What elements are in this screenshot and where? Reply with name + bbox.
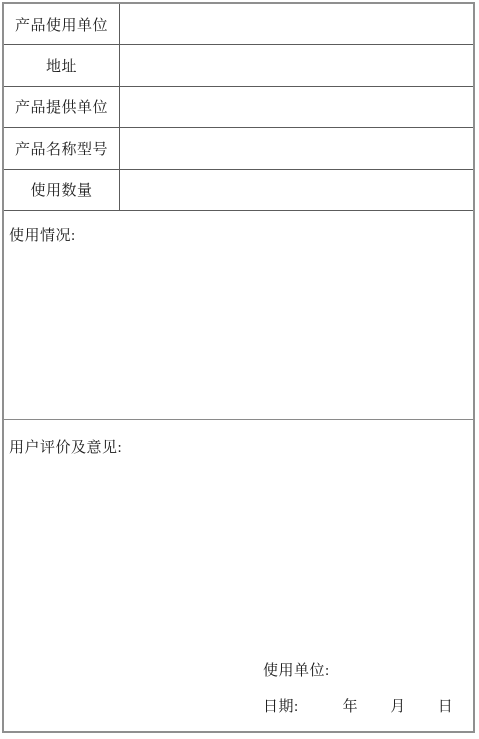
table-row-product-provider-unit: 产品提供单位	[4, 87, 473, 128]
field-value-usage-quantity	[120, 170, 473, 210]
field-label-product-name-model: 产品名称型号	[4, 128, 120, 168]
signature-unit-line: 使用单位:	[263, 653, 453, 689]
signature-month-label: 月	[390, 699, 406, 715]
document-page: 产品使用单位 地址 产品提供单位 产品名称型号 使用数量 使用情况: 用户评价及…	[0, 0, 479, 739]
field-value-address	[120, 45, 473, 85]
table-row-product-name-model: 产品名称型号	[4, 128, 473, 169]
field-label-usage-quantity: 使用数量	[4, 170, 120, 210]
signature-date-label: 日期:	[263, 699, 299, 715]
signature-unit-label: 使用单位:	[263, 663, 330, 679]
field-label-address: 地址	[4, 45, 120, 85]
field-value-product-user-unit	[120, 4, 473, 44]
field-value-product-provider-unit	[120, 87, 473, 127]
feedback-form-table: 产品使用单位 地址 产品提供单位 产品名称型号 使用数量 使用情况: 用户评价及…	[2, 2, 475, 733]
field-label-product-provider-unit: 产品提供单位	[4, 87, 120, 127]
signature-block: 使用单位: 日期:年月日	[263, 653, 453, 725]
signature-date-line: 日期:年月日	[263, 689, 453, 725]
signature-year-label: 年	[343, 699, 359, 715]
usage-status-section: 使用情况:	[4, 211, 473, 420]
table-row-address: 地址	[4, 45, 473, 86]
table-row-usage-quantity: 使用数量	[4, 170, 473, 211]
table-row-product-user-unit: 产品使用单位	[4, 4, 473, 45]
signature-day-label: 日	[438, 699, 454, 715]
usage-status-label: 使用情况:	[9, 226, 463, 246]
user-opinion-section: 用户评价及意见: 使用单位: 日期:年月日	[4, 420, 473, 731]
field-label-product-user-unit: 产品使用单位	[4, 4, 120, 44]
field-value-product-name-model	[120, 128, 473, 168]
user-opinion-label: 用户评价及意见:	[9, 438, 463, 458]
